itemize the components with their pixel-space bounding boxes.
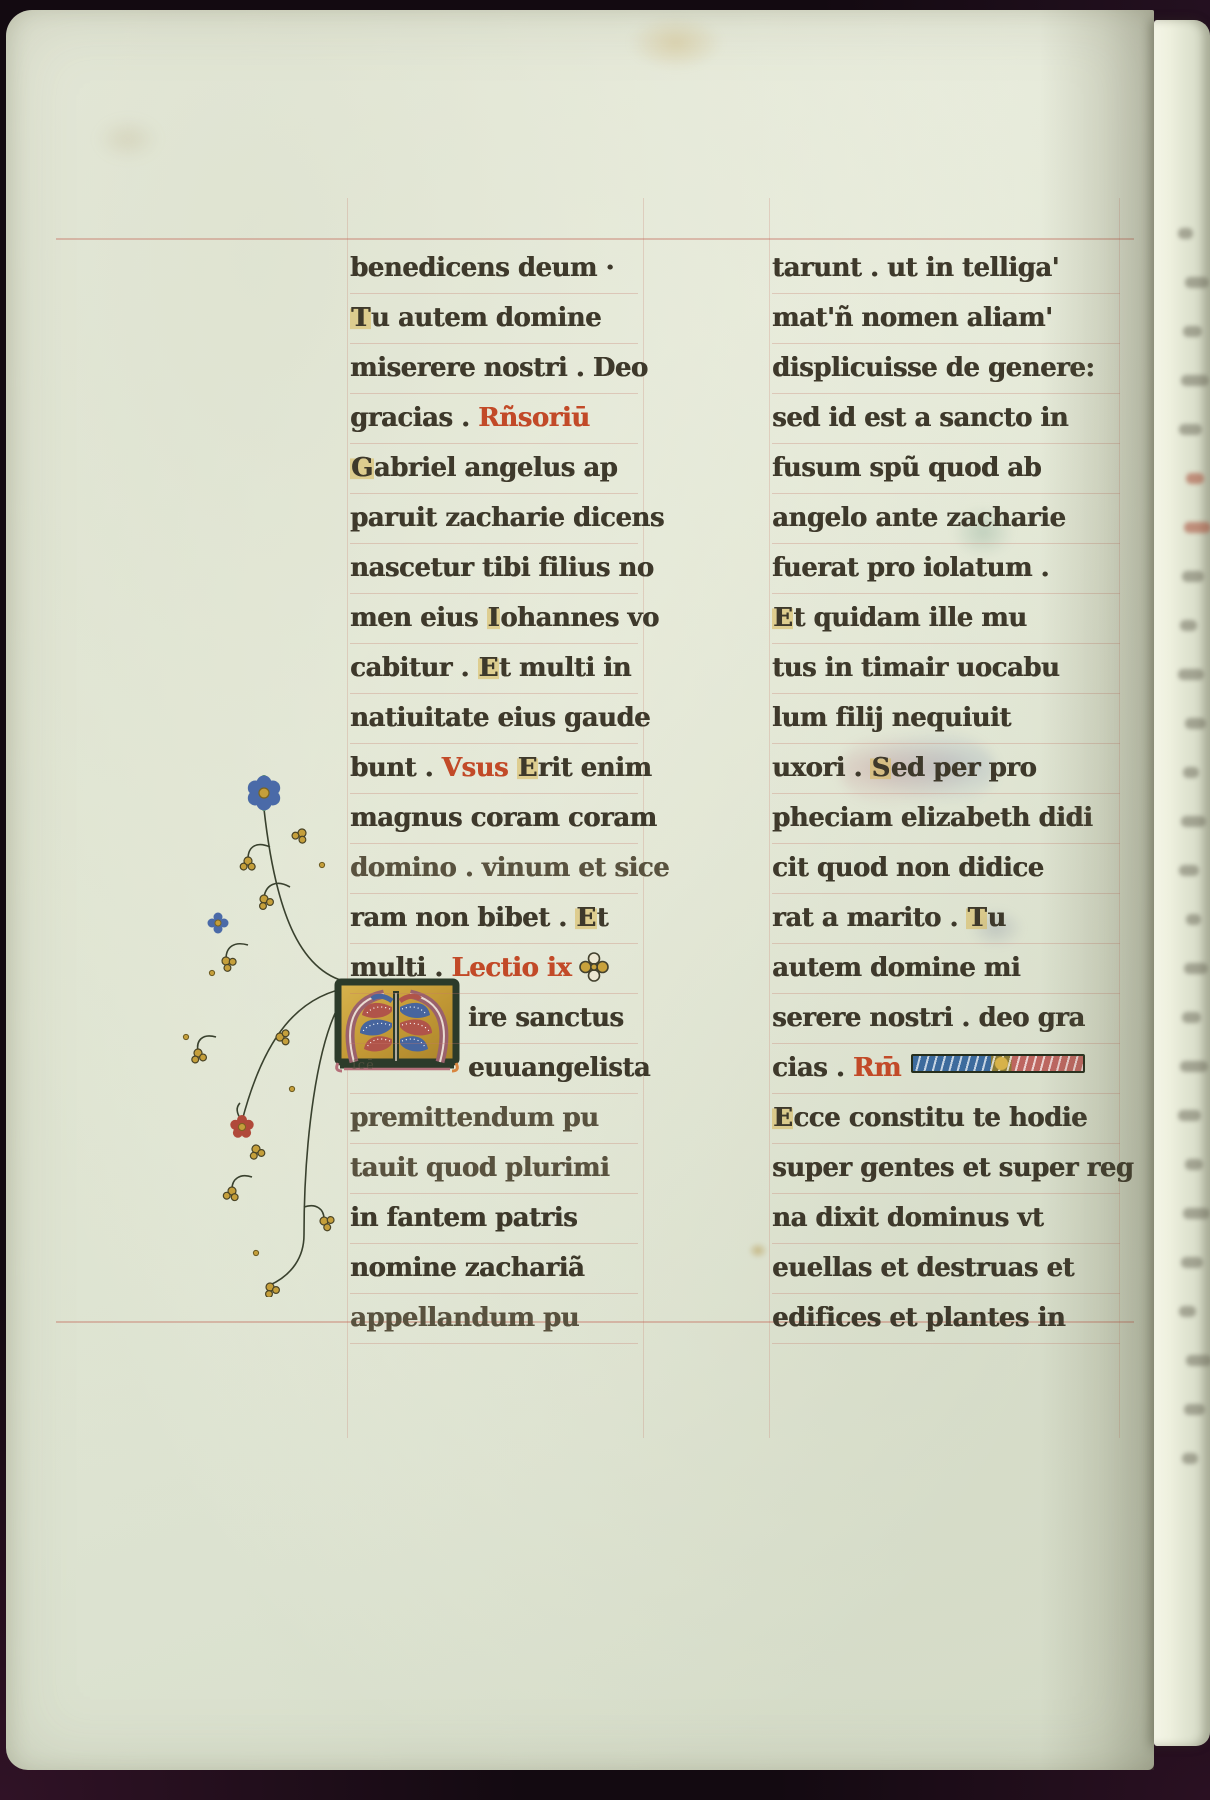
text-line: Gabriel angelus ap xyxy=(350,444,638,494)
body-text: sed id est a sancto in xyxy=(772,403,1068,433)
text-line: nascetur tibi filius no xyxy=(350,544,638,594)
body-text: ohannes vo xyxy=(500,603,659,633)
body-text: E xyxy=(772,603,793,633)
body-text: domino . vinum et sice xyxy=(350,853,669,883)
body-text: cce constitu te hodie xyxy=(793,1103,1087,1133)
text-line: tarunt . ut in telliga' xyxy=(772,244,1120,294)
text-line: angelo ante zacharie xyxy=(772,494,1120,544)
body-text: abriel angelus ap xyxy=(374,453,618,483)
rubric-text: Rñsoriū xyxy=(478,403,589,433)
red-flower xyxy=(230,1115,253,1138)
body-text: I xyxy=(487,603,501,633)
showthrough-text-mark xyxy=(1185,277,1209,288)
body-text: mat'ñ nomen aliam' xyxy=(772,303,1052,333)
body-text: premittendum pu xyxy=(350,1103,599,1133)
text-line: premittendum pu xyxy=(350,1094,638,1144)
gold-ivy-leaves xyxy=(191,827,338,1297)
body-text: rit enim xyxy=(538,753,651,783)
text-line: natiuitate eius gaude xyxy=(350,694,638,744)
body-text: cias . xyxy=(772,1053,853,1083)
body-text: u autem domine xyxy=(371,303,601,333)
blue-cross-flower xyxy=(208,913,229,934)
text-line: serere nostri . deo gra xyxy=(772,994,1120,1044)
body-text: nomine zachariã xyxy=(350,1253,584,1283)
body-text: serere nostri . deo gra xyxy=(772,1003,1085,1033)
showthrough-text-mark xyxy=(1183,767,1199,778)
body-text: paruit zacharie dicens xyxy=(350,503,664,533)
showthrough-text-mark xyxy=(1182,1453,1198,1464)
text-line: magnus coram coram xyxy=(350,794,638,844)
showthrough-text-mark xyxy=(1185,718,1206,729)
showthrough-text-mark xyxy=(1186,914,1201,925)
body-text: ire sanctus xyxy=(468,1003,623,1033)
showthrough-text-mark xyxy=(1184,963,1208,974)
text-line: cit quod non didice xyxy=(772,844,1120,894)
text-line: paruit zacharie dicens xyxy=(350,494,638,544)
body-text: in fantem patris xyxy=(350,1203,577,1233)
showthrough-text-mark xyxy=(1181,1257,1203,1268)
body-text: E xyxy=(478,653,499,683)
text-line: edifices et plantes in xyxy=(772,1294,1120,1344)
body-text: super gentes et super reg xyxy=(772,1153,1133,1183)
body-text: gracias . xyxy=(350,403,478,433)
text-line: sed id est a sancto in xyxy=(772,394,1120,444)
showthrough-text-mark xyxy=(1178,669,1204,680)
showthrough-text-mark xyxy=(1182,571,1204,582)
body-text: appellandum pu xyxy=(350,1303,579,1333)
text-line: cias . Rm̄ xyxy=(772,1044,1120,1094)
body-text: ed per pro xyxy=(891,753,1036,783)
text-line: men eius Iohannes vo xyxy=(350,594,638,644)
rubric-text: Rm̄ xyxy=(853,1053,901,1083)
showthrough-text-mark xyxy=(1186,1355,1210,1366)
photograph-backdrop: { "document": { "kind": "illuminated man… xyxy=(0,0,1210,1800)
showthrough-text-mark xyxy=(1184,1404,1205,1415)
body-text: men eius xyxy=(350,603,487,633)
text-line: cabitur . Et multi in xyxy=(350,644,638,694)
showthrough-text-mark xyxy=(1179,424,1202,435)
right-text-column: tarunt . ut in telliga'mat'ñ nomen aliam… xyxy=(772,244,1120,1344)
body-text: t quidam ille mu xyxy=(793,603,1026,633)
body-text: E xyxy=(575,903,596,933)
text-line: mat'ñ nomen aliam' xyxy=(772,294,1120,344)
showthrough-text-mark xyxy=(1183,1208,1210,1219)
showthrough-text-mark xyxy=(1186,473,1204,484)
text-line: Tu autem domine xyxy=(350,294,638,344)
body-text: angelo ante zacharie xyxy=(772,503,1065,533)
text-line: rat a marito . Tu xyxy=(772,894,1120,944)
body-text xyxy=(508,753,517,783)
text-line: miserere nostri . Deo xyxy=(350,344,638,394)
blue-flower xyxy=(248,775,280,811)
text-line: domino . vinum et sice xyxy=(350,844,638,894)
body-text: tarunt . ut in telliga' xyxy=(772,253,1059,283)
showthrough-text-mark xyxy=(1178,228,1193,239)
ruling-line-vertical xyxy=(769,198,770,1438)
line-filler-bar xyxy=(911,1054,1085,1073)
text-line: ire sanctus xyxy=(350,994,638,1044)
gold-quatrefoil-ornament xyxy=(579,950,609,999)
body-text: tus in timair uocabu xyxy=(772,653,1059,683)
showthrough-text-mark xyxy=(1185,1159,1203,1170)
text-line: lum filij nequiuit xyxy=(772,694,1120,744)
body-text: t multi in xyxy=(499,653,631,683)
rubric-text: Vsus xyxy=(442,753,508,783)
body-text: benedicens deum · xyxy=(350,253,614,283)
text-line: euuangelista xyxy=(350,1044,638,1094)
text-line: in fantem patris xyxy=(350,1194,638,1244)
showthrough-text-mark xyxy=(1184,522,1210,533)
facing-page-edge xyxy=(1154,20,1210,1746)
text-line: tus in timair uocabu xyxy=(772,644,1120,694)
text-line: displicuisse de genere: xyxy=(772,344,1120,394)
showthrough-text-mark xyxy=(1181,375,1209,386)
body-text: na dixit dominus vt xyxy=(772,1203,1043,1233)
body-text: displicuisse de genere: xyxy=(772,353,1094,383)
showthrough-text-mark xyxy=(1180,620,1197,631)
body-text: magnus coram coram xyxy=(350,803,657,833)
left-text-column: benedicens deum ·Tu autem dominemiserere… xyxy=(350,244,638,1344)
showthrough-text-mark xyxy=(1179,865,1199,876)
body-text: S xyxy=(870,753,890,783)
body-text: rat a marito . xyxy=(772,903,966,933)
text-line: euellas et destruas et xyxy=(772,1244,1120,1294)
text-line: uxori . Sed per pro xyxy=(772,744,1120,794)
body-text: nascetur tibi filius no xyxy=(350,553,654,583)
body-text: fusum spũ quod ab xyxy=(772,453,1041,483)
showthrough-text-mark xyxy=(1183,326,1202,337)
body-text: autem domine mi xyxy=(772,953,1020,983)
text-line: Ecce constitu te hodie xyxy=(772,1094,1120,1144)
body-text: T xyxy=(966,903,987,933)
body-text: tauit quod plurimi xyxy=(350,1153,609,1183)
body-text: euellas et destruas et xyxy=(772,1253,1074,1283)
body-text: euuangelista xyxy=(468,1053,650,1083)
body-text: multi . xyxy=(350,953,451,983)
showthrough-text-mark xyxy=(1180,1061,1208,1072)
body-text: ram non bibet . xyxy=(350,903,575,933)
text-line: na dixit dominus vt xyxy=(772,1194,1120,1244)
body-text: T xyxy=(350,303,371,333)
text-line: Et quidam ille mu xyxy=(772,594,1120,644)
body-text: E xyxy=(772,1103,793,1133)
body-text: edifices et plantes in xyxy=(772,1303,1065,1333)
text-line: tauit quod plurimi xyxy=(350,1144,638,1194)
body-text: E xyxy=(517,753,538,783)
ruling-line-top xyxy=(56,238,1134,240)
body-text: G xyxy=(350,453,374,483)
body-text: miserere nostri . Deo xyxy=(350,353,648,383)
body-text: natiuitate eius gaude xyxy=(350,703,650,733)
body-text: bunt . xyxy=(350,753,442,783)
showthrough-text-mark xyxy=(1178,1110,1201,1121)
text-line: super gentes et super reg xyxy=(772,1144,1120,1194)
text-line: bunt . Vsus Erit enim xyxy=(350,744,638,794)
text-line: nomine zachariã xyxy=(350,1244,638,1294)
showthrough-text-mark xyxy=(1181,816,1206,827)
body-text: cit quod non didice xyxy=(772,853,1044,883)
rubric-text: Lectio ix xyxy=(451,953,571,983)
showthrough-text-mark xyxy=(1179,1306,1196,1317)
body-text: u xyxy=(987,903,1005,933)
body-text: pheciam elizabeth didi xyxy=(772,803,1092,833)
text-line: benedicens deum · xyxy=(350,244,638,294)
showthrough-text-mark xyxy=(1182,1012,1201,1023)
text-line: gracias . Rñsoriū xyxy=(350,394,638,444)
text-line: fusum spũ quod ab xyxy=(772,444,1120,494)
text-line: fuerat pro iolatum . xyxy=(772,544,1120,594)
body-text: cabitur . xyxy=(350,653,478,683)
text-line: multi . Lectio ix xyxy=(350,944,638,994)
text-line: autem domine mi xyxy=(772,944,1120,994)
text-line: ram non bibet . Et xyxy=(350,894,638,944)
text-line: appellandum pu xyxy=(350,1294,638,1344)
text-line: pheciam elizabeth didi xyxy=(772,794,1120,844)
body-text: lum filij nequiuit xyxy=(772,703,1011,733)
body-text: fuerat pro iolatum . xyxy=(772,553,1049,583)
body-text: t xyxy=(597,903,609,933)
body-text: uxori . xyxy=(772,753,870,783)
